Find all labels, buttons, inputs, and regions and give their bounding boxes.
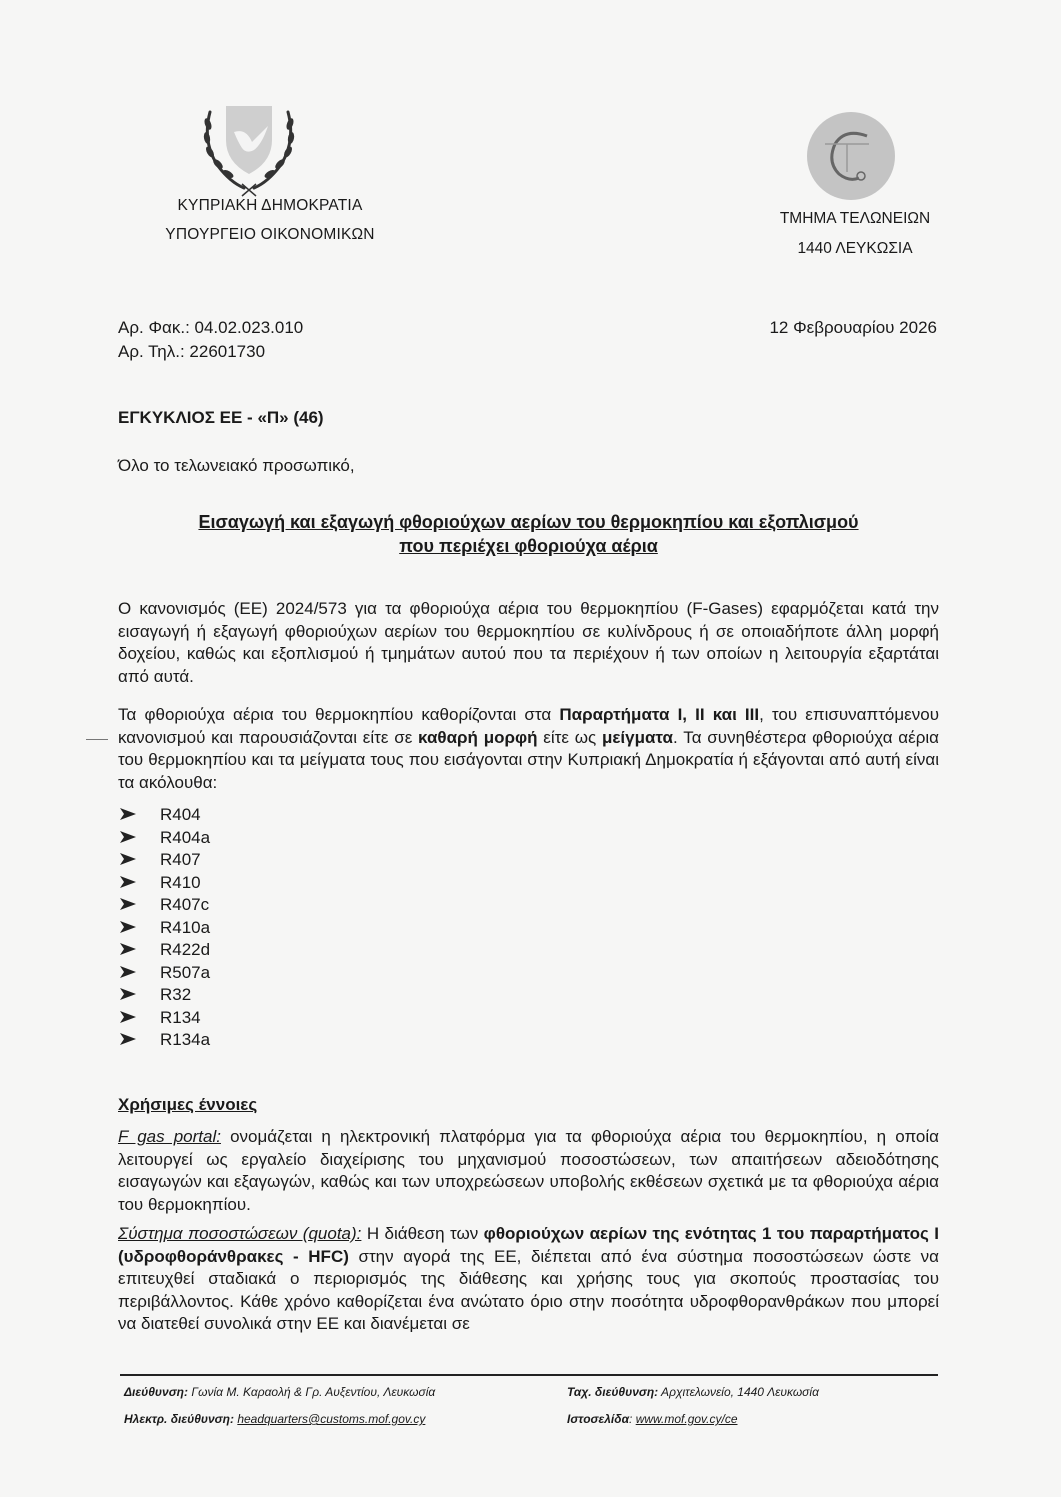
gas-list-item: R404	[120, 804, 210, 827]
footer-divider	[120, 1374, 938, 1376]
paragraph-regulation: Ο κανονισμός (ΕΕ) 2024/573 για τα φθοριο…	[118, 598, 939, 688]
term-fgas-portal: F gas portal:	[118, 1127, 221, 1146]
arrowhead-bullet-icon	[120, 804, 160, 827]
footer-website: Ιστοσελίδα: www.mof.gov.cy/ce	[567, 1412, 738, 1426]
gas-name: R134a	[160, 1029, 210, 1052]
file-number: Αρ. Φακ.: 04.02.023.010	[118, 318, 303, 338]
gas-list-item: R422d	[120, 939, 210, 962]
label: Διεύθυνση:	[124, 1385, 188, 1399]
customs-logo-icon	[805, 110, 897, 202]
value: Αρχιτελωνείο, 1440 Λευκωσία	[658, 1385, 819, 1399]
gas-name: R507a	[160, 962, 210, 985]
telephone-number: Αρ. Τηλ.: 22601730	[118, 342, 265, 362]
gas-name: R404a	[160, 827, 210, 850]
value: Γωνία Μ. Καραολή & Γρ. Αυξεντίου, Λευκωσ…	[188, 1385, 435, 1399]
text: είτε ως	[538, 728, 602, 747]
definition-fgas-portal: F gas portal: ονομάζεται η ηλεκτρονική π…	[118, 1126, 939, 1216]
gas-name: R410a	[160, 917, 210, 940]
definition-text: Η διάθεση των	[361, 1224, 483, 1243]
definition-quota: Σύστημα ποσοστώσεων (quota): Η διάθεση τ…	[118, 1223, 939, 1336]
title-line-1: Εισαγωγή και εξαγωγή φθοριούχων αερίων τ…	[118, 510, 939, 534]
gas-name: R134	[160, 1007, 201, 1030]
label: Ηλεκτρ. διεύθυνση:	[124, 1412, 234, 1426]
arrowhead-bullet-icon	[120, 962, 160, 985]
gas-list-item: R32	[120, 984, 210, 1007]
gas-list-item: R134a	[120, 1029, 210, 1052]
gas-list-item: R407c	[120, 894, 210, 917]
document-date: 12 Φεβρουαρίου 2026	[769, 318, 937, 338]
gas-list-item: R407	[120, 849, 210, 872]
footer-address: Διεύθυνση: Γωνία Μ. Καραολή & Γρ. Αυξεντ…	[124, 1385, 435, 1399]
arrowhead-bullet-icon	[120, 1007, 160, 1030]
bold-annexes: Παραρτήματα I, II και III	[559, 705, 759, 724]
arrowhead-bullet-icon	[120, 917, 160, 940]
gas-list: R404R404aR407R410R407cR410aR422dR507aR32…	[120, 804, 210, 1052]
gas-list-item: R410	[120, 872, 210, 895]
arrowhead-bullet-icon	[120, 827, 160, 850]
greeting: Όλο το τελωνειακό προσωπικό,	[118, 456, 355, 476]
footer-email: Ηλεκτρ. διεύθυνση: headquarters@customs.…	[124, 1412, 425, 1426]
bold-pure-form: καθαρή μορφή	[418, 728, 538, 747]
gas-list-item: R404a	[120, 827, 210, 850]
arrowhead-bullet-icon	[120, 939, 160, 962]
cyprus-coat-of-arms-icon	[196, 102, 302, 198]
section-heading: Χρήσιμες έννοιες	[118, 1095, 257, 1115]
label: Ταχ. διεύθυνση:	[567, 1385, 658, 1399]
gas-list-item: R410a	[120, 917, 210, 940]
gas-list-item: R134	[120, 1007, 210, 1030]
document-title: Εισαγωγή και εξαγωγή φθοριούχων αερίων τ…	[118, 510, 939, 558]
arrowhead-bullet-icon	[120, 894, 160, 917]
arrowhead-bullet-icon	[120, 1029, 160, 1052]
gas-name: R407c	[160, 894, 209, 917]
circular-id: ΕΓΚΥΚΛΙΟΣ ΕΕ - «Π» (46)	[118, 408, 324, 428]
department-name: ΤΜΗΜΑ ΤΕΛΩΝΕΙΩΝ	[740, 210, 970, 228]
gas-name: R404	[160, 804, 201, 827]
label: Ιστοσελίδα	[567, 1412, 629, 1426]
term-quota: Σύστημα ποσοστώσεων (quota):	[118, 1224, 361, 1243]
title-line-2: που περιέχει φθοριούχα αέρια	[118, 534, 939, 558]
text: Τα φθοριούχα αέρια του θερμοκηπίου καθορ…	[118, 705, 559, 724]
definition-text: ονομάζεται η ηλεκτρονική πλατφόρμα για τ…	[118, 1127, 939, 1214]
footer-postal: Ταχ. διεύθυνση: Αρχιτελωνείο, 1440 Λευκω…	[567, 1385, 819, 1399]
paragraph-annexes: Τα φθοριούχα αέρια του θερμοκηπίου καθορ…	[118, 704, 939, 794]
bold-mixtures: μείγματα	[602, 728, 673, 747]
email-link[interactable]: headquarters@customs.mof.gov.cy	[237, 1412, 425, 1426]
website-link[interactable]: www.mof.gov.cy/ce	[636, 1412, 738, 1426]
government-name: ΚΥΠΡΙΑΚΗ ΔΗΜΟΚΡΑΤΙΑ	[120, 197, 420, 215]
margin-mark	[86, 739, 108, 740]
gas-name: R32	[160, 984, 191, 1007]
gas-name: R410	[160, 872, 201, 895]
arrowhead-bullet-icon	[120, 872, 160, 895]
department-city: 1440 ΛΕΥΚΩΣΙΑ	[740, 240, 970, 258]
gas-list-item: R507a	[120, 962, 210, 985]
arrowhead-bullet-icon	[120, 984, 160, 1007]
gas-name: R407	[160, 849, 201, 872]
ministry-name: ΥΠΟΥΡΓΕΙΟ ΟΙΚΟΝΟΜΙΚΩΝ	[120, 226, 420, 244]
gas-name: R422d	[160, 939, 210, 962]
arrowhead-bullet-icon	[120, 849, 160, 872]
